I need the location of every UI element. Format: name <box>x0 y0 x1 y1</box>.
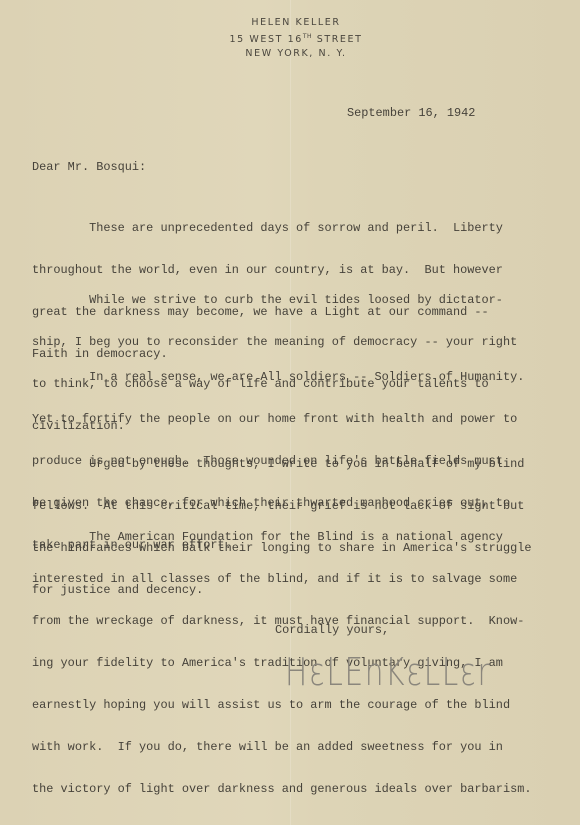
letterhead-name: HELEN KELLER <box>12 16 580 30</box>
paragraph-line: with work. If you do, there will be an a… <box>32 740 532 754</box>
letterhead-street-number: 15 WEST 16 <box>229 34 302 45</box>
paragraph-line: These are unprecedented days of sorrow a… <box>32 221 503 235</box>
letterhead-street: 15 WEST 16TH STREET <box>12 30 580 47</box>
paragraph-line: earnestly hoping you will assist us to a… <box>32 698 532 712</box>
letterhead-city: NEW YORK, N. Y. <box>12 47 580 61</box>
paragraph-line: the victory of light over darkness and g… <box>32 782 532 796</box>
letterhead: HELEN KELLER 15 WEST 16TH STREET NEW YOR… <box>0 16 580 61</box>
letter-page: HELEN KELLER 15 WEST 16TH STREET NEW YOR… <box>0 0 580 825</box>
letter-date: September 16, 1942 <box>347 106 475 120</box>
paragraph-line: interested in all classes of the blind, … <box>32 572 532 586</box>
paragraph-line: Yet to fortify the people on our home fr… <box>32 412 524 426</box>
paragraph-line: In a real sense, we are All soldiers -- … <box>32 370 524 384</box>
paragraph-line: The American Foundation for the Blind is… <box>32 530 532 544</box>
paragraph-line: While we strive to curb the evil tides l… <box>32 293 517 307</box>
letterhead-street-name: STREET <box>312 34 362 45</box>
paragraph-line: Urged by these thoughts, I write to you … <box>32 457 532 471</box>
signature: HɛLEnKɛLLɛr <box>285 650 491 694</box>
closing: Cordially yours, <box>275 623 389 637</box>
letterhead-ordinal: TH <box>303 33 312 40</box>
salutation: Dear Mr. Bosqui: <box>32 160 146 174</box>
